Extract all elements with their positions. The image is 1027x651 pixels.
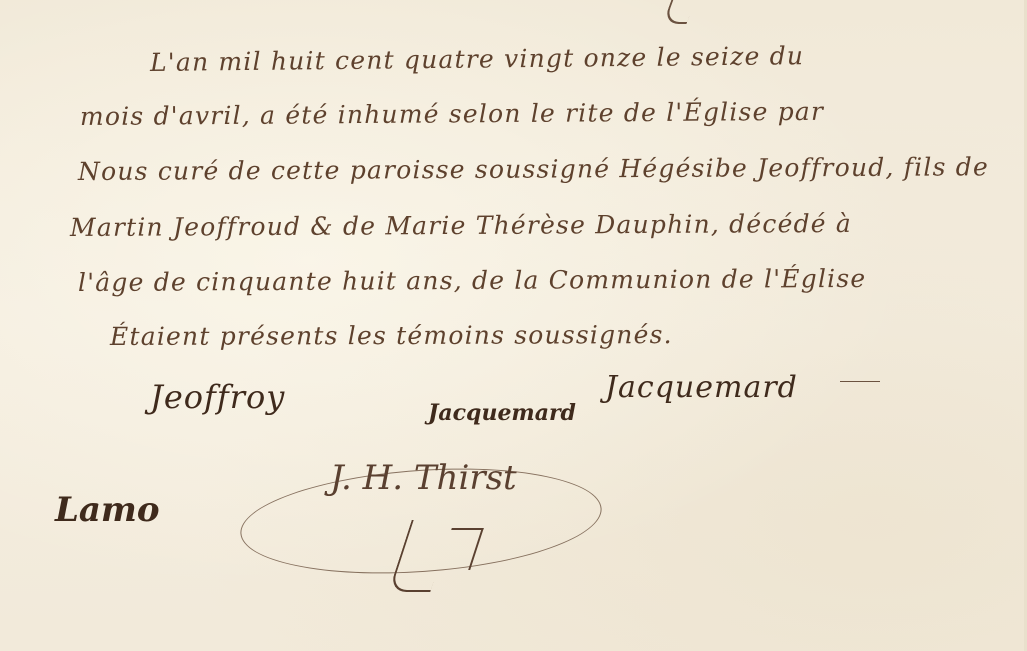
record-line-2: mois d'avril, a été inhumé selon le rite… [80, 97, 824, 131]
record-line-5: l'âge de cinquante huit ans, de la Commu… [78, 264, 866, 297]
record-line-6: Étaient présents les témoins soussignés. [110, 320, 673, 351]
signature-priest: J. H. Thirst [330, 458, 517, 498]
signature-underline [840, 381, 880, 382]
signature-witness-2: Jacquemard [428, 400, 576, 426]
signature-witness-3: Jacquemard [605, 370, 798, 405]
record-line-4: Martin Jeoffroud & de Marie Thérèse Daup… [70, 209, 852, 242]
signature-witness-1: Jeoffroy [150, 378, 285, 416]
record-line-3: Nous curé de cette paroisse soussigné Hé… [78, 152, 989, 186]
signature-witness-4: Lamo [55, 490, 160, 530]
